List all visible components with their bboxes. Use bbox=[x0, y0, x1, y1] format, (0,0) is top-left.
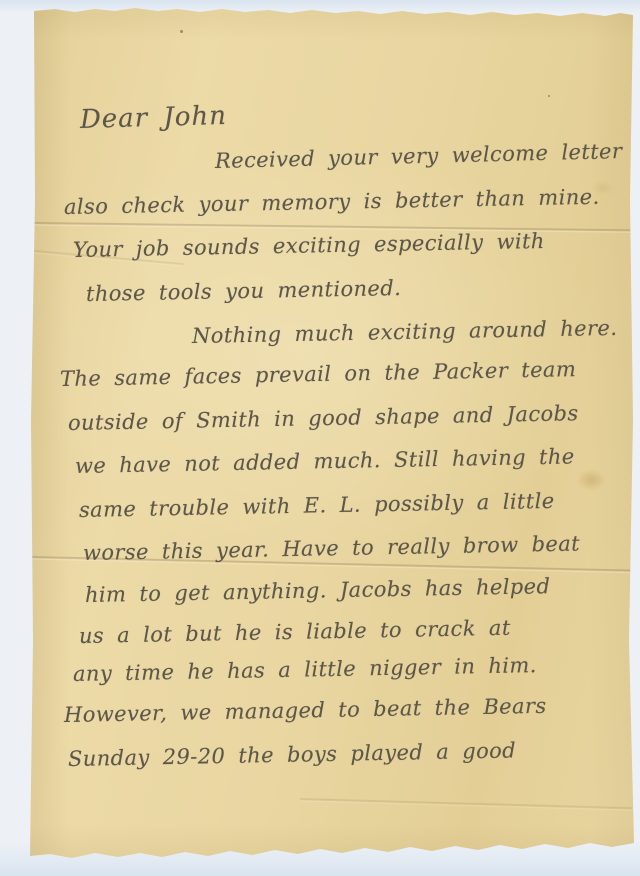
handwriting-line: worse this year. Have to really brow bea… bbox=[83, 530, 581, 566]
handwriting-line: him to get anything. Jacobs has helped bbox=[85, 573, 551, 608]
handwriting-line: Nothing much exciting around here. bbox=[192, 315, 618, 349]
handwriting-line: any time he has a little nigger in him. bbox=[73, 652, 537, 687]
scanned-letter-photo: Dear John Received your very welcome let… bbox=[0, 0, 640, 876]
handwriting-line: also check your memory is better than mi… bbox=[64, 184, 600, 221]
fold-crease-minor-bottom bbox=[300, 798, 632, 811]
paper-stain bbox=[576, 469, 606, 491]
handwriting-line: Your job sounds exciting especially with bbox=[73, 228, 545, 263]
handwriting-line: The same faces prevail on the Packer tea… bbox=[60, 356, 577, 392]
paper-speck bbox=[548, 95, 550, 97]
paper-speck bbox=[180, 30, 183, 33]
salutation-line: Dear John bbox=[80, 100, 228, 137]
handwriting-line: same trouble with E. L. possibly a littl… bbox=[79, 488, 555, 523]
handwriting-line: outside of Smith in good shape and Jacob… bbox=[68, 400, 579, 436]
handwriting-line: Received your very welcome letter bbox=[215, 138, 623, 174]
handwriting-line: Sunday 29-20 the boys played a good bbox=[68, 737, 516, 772]
handwriting-line: us a lot but he is liable to crack at bbox=[79, 615, 511, 650]
handwriting-line: those tools you mentioned. bbox=[86, 275, 402, 307]
handwriting-line: we have not added much. Still having the bbox=[75, 443, 575, 479]
letter-paper: Dear John Received your very welcome let… bbox=[0, 0, 640, 876]
handwriting-line: However, we managed to beat the Bears bbox=[64, 693, 547, 729]
